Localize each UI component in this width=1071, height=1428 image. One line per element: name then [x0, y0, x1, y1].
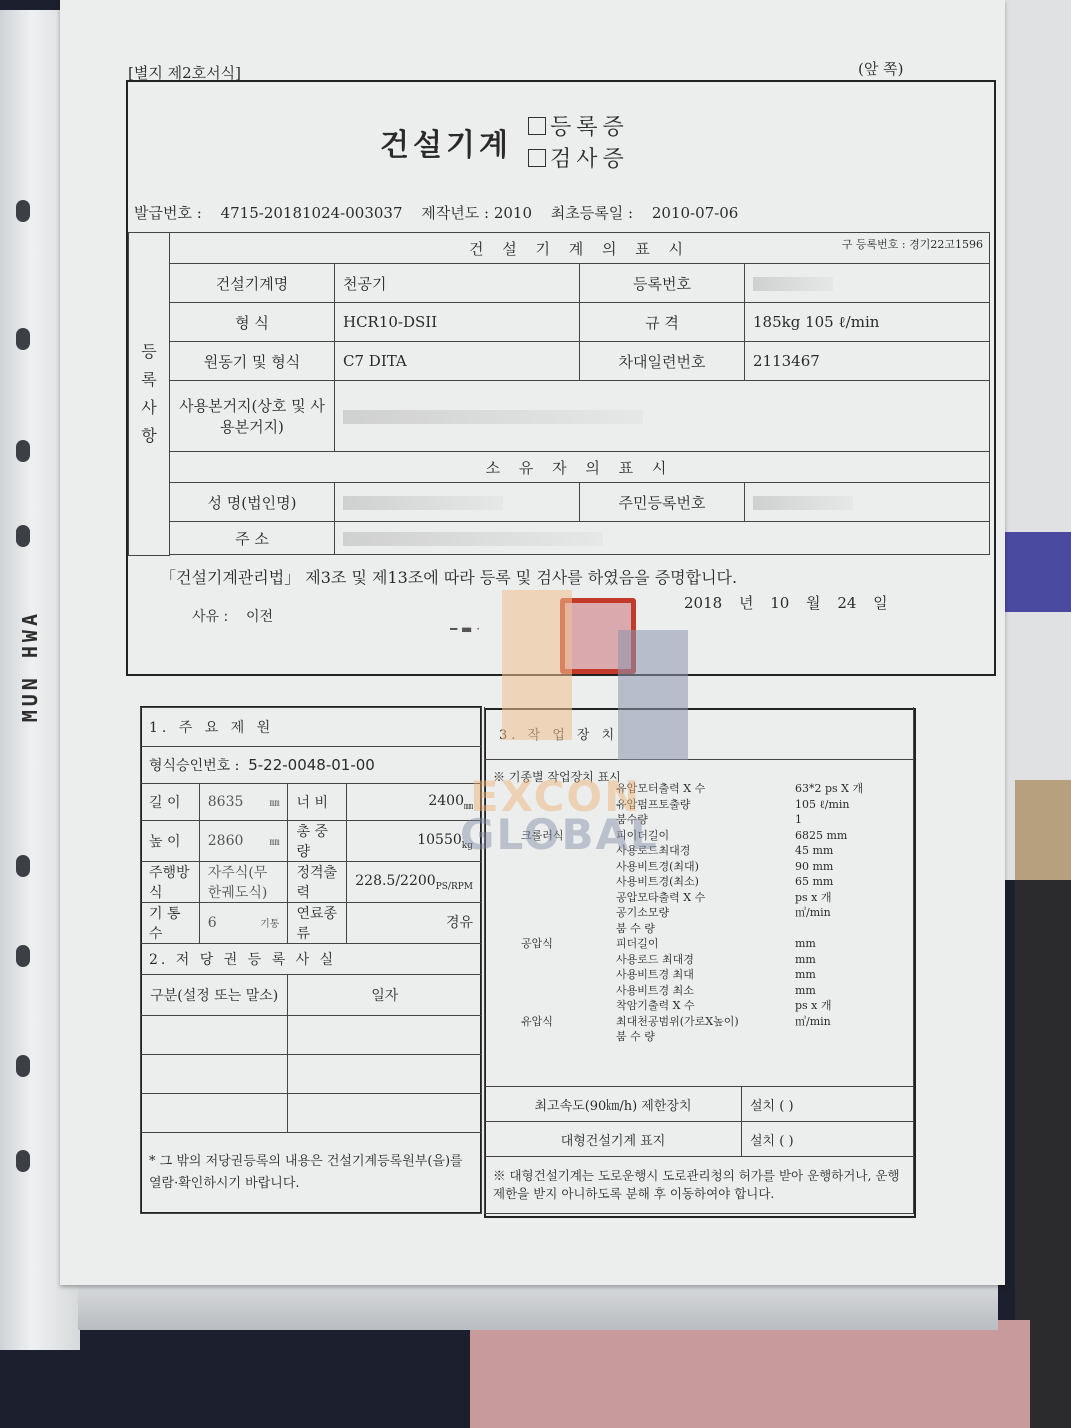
- mortgage-col-date: 일자: [288, 975, 482, 1016]
- label-engine: 원동기 및 형식: [170, 342, 335, 381]
- work-device-spec-line: 붐 수 량: [493, 921, 905, 937]
- binder-hole: [16, 200, 30, 222]
- label-resident-number: 주민등록번호: [580, 483, 745, 522]
- work-device-spec-line: 유압식최대천공범위(가로X높이)㎥/min: [493, 1014, 905, 1030]
- work-device-spec-line: 공압모타출력 X 수ps x 개: [493, 890, 905, 906]
- value-engine: C7 DITA: [335, 342, 580, 381]
- issue-info: 발급번호 : 4715-20181024-003037 제작년도 : 2010 …: [134, 202, 752, 223]
- value-address: [335, 522, 990, 555]
- label-chassis-serial: 차대일련번호: [580, 342, 745, 381]
- spec-value: 8635㎜: [199, 784, 288, 821]
- mortgage-title: 2. 저 당 권 등 록 사 실: [141, 944, 482, 975]
- spec-value: 6기통: [199, 903, 288, 944]
- spec-row: 길 이8635㎜너 비2400㎜: [141, 784, 482, 821]
- spec-value: 2860㎜: [199, 821, 288, 862]
- binder-hole: [16, 945, 30, 967]
- spec-value: 228.5/2200PS/RPM: [347, 862, 482, 903]
- first-registration-label: 최초등록일 :: [551, 204, 633, 222]
- certification-date: 2018 년 10 월 24 일: [684, 592, 888, 613]
- spec-row: 기 통 수6기통연료종류경유: [141, 903, 482, 944]
- registration-side-label: 등록사항: [129, 233, 170, 556]
- work-device-spec-line: 사용비트경 최대mm: [493, 967, 905, 983]
- registration-table: 등록사항 건 설 기 계 의 표 시구 등록번호 : 경기22고1596 건설기…: [128, 232, 990, 556]
- label-owner-name: 성 명(법인명): [170, 483, 335, 522]
- issuer-signature: ━ ▬ ·: [450, 622, 480, 636]
- mortgage-cell: [141, 1016, 288, 1055]
- background-right: [1005, 0, 1071, 880]
- value-spec: 185kg 105 ℓ/min: [745, 303, 990, 342]
- certificate-page: [별지 제2호서식] (앞 쪽) 건설기계 등록증 검사증 발급번호 : 471…: [60, 0, 1005, 1285]
- document-title: 건설기계: [380, 120, 512, 164]
- binder-hole: [16, 1055, 30, 1077]
- mortgage-cell: [141, 1055, 288, 1094]
- spec-row: 주행방식자주식(무한궤도식)정격출력228.5/2200PS/RPM: [141, 862, 482, 903]
- checkbox-icon: [528, 117, 546, 135]
- blue-folder: [1005, 532, 1071, 612]
- first-registration-date: 2010-07-06: [652, 204, 738, 222]
- label-address: 주 소: [170, 522, 335, 555]
- checkbox-registration[interactable]: 등록증: [528, 110, 629, 141]
- label-base-location: 사용본거지(상호 및 사용본거지): [170, 381, 335, 452]
- old-registration-number: 구 등록번호 : 경기22고1596: [842, 236, 983, 252]
- value-model: HCR10-DSII: [335, 303, 580, 342]
- spec-label: 너 비: [288, 784, 347, 821]
- spec-label: 총 중 량: [288, 821, 347, 862]
- mortgage-cell: [288, 1055, 482, 1094]
- label-registration-number: 등록번호: [580, 264, 745, 303]
- spec-label: 높 이: [141, 821, 200, 862]
- mortgage-cell: [141, 1094, 288, 1133]
- work-device-spec-line: 붐 수 량: [493, 1029, 905, 1045]
- specs-title: 1. 주 요 제 원: [141, 708, 482, 747]
- work-device-spec-line: 착암기출력 X 수ps x 개: [493, 998, 905, 1014]
- label-machine-name: 건설기계명: [170, 264, 335, 303]
- spec-label: 연료종류: [288, 903, 347, 944]
- spec-label: 정격출력: [288, 862, 347, 903]
- manufacture-year: 제작년도 : 2010: [421, 204, 532, 222]
- specs-table: 1. 주 요 제 원 형식승인번호 : 5-22-0048-01-00 길 이8…: [140, 707, 482, 1214]
- checkbox-icon: [528, 149, 546, 167]
- work-device-spec-line: 공압식피더길이mm: [493, 936, 905, 952]
- mortgage-cell: [288, 1094, 482, 1133]
- spec-label: 길 이: [141, 784, 200, 821]
- watermark-text-global: GLOBAL: [460, 810, 659, 859]
- binder-brand-label: MUN HWA: [18, 610, 42, 722]
- certification-statement: 「건설기계관리법」 제3조 및 제13조에 따라 등록 및 검사를 하였음을 증…: [160, 565, 737, 588]
- large-sign-label: 대형건설기계 표지: [485, 1122, 742, 1157]
- large-sign-value: 설치 ( ): [742, 1122, 914, 1157]
- binder-hole: [16, 440, 30, 462]
- checkbox-inspection[interactable]: 검사증: [528, 142, 629, 173]
- pink-folder: [470, 1320, 1030, 1428]
- spec-row: 높 이2860㎜총 중 량10550kg: [141, 821, 482, 862]
- issue-label: 발급번호 :: [134, 204, 202, 222]
- binder-hole: [16, 855, 30, 877]
- owner-section-title: 소 유 자 의 표 시: [170, 452, 990, 483]
- spec-label: 기 통 수: [141, 903, 200, 944]
- spec-value: 자주식(무한궤도식): [199, 862, 288, 903]
- reason-value: 이전: [246, 609, 273, 625]
- value-registration-number: [745, 264, 990, 303]
- value-machine-name: 천공기: [335, 264, 580, 303]
- mortgage-cell: [288, 1016, 482, 1055]
- binder-hole: [16, 328, 30, 350]
- label-model: 형 식: [170, 303, 335, 342]
- work-device-spec-line: 사용비트경(최대)90 mm: [493, 859, 905, 875]
- binder-hole: [16, 1150, 30, 1172]
- page-side: (앞 쪽): [858, 58, 903, 79]
- work-device-note: ※ 대형건설기계는 도로운행시 도로관리청의 허가를 받아 운행하거나, 운행제…: [485, 1157, 914, 1214]
- work-device-spec-line: 공기소모량㎥/min: [493, 905, 905, 921]
- desk-surface: [1015, 780, 1071, 880]
- issue-number: 4715-20181024-003037: [221, 204, 403, 222]
- approval-number: 형식승인번호 : 5-22-0048-01-00: [141, 747, 482, 784]
- mortgage-col-type: 구분(설정 또는 말소): [141, 975, 288, 1016]
- reason: 사유 : 이전: [192, 606, 273, 626]
- value-base-location: [335, 381, 990, 452]
- label-spec: 규 격: [580, 303, 745, 342]
- work-device-spec-line: 사용로드 최대경mm: [493, 952, 905, 968]
- spec-label: 주행방식: [141, 862, 200, 903]
- value-chassis-serial: 2113467: [745, 342, 990, 381]
- spec-value: 경유: [347, 903, 482, 944]
- mortgage-note: * 그 밖의 저당권등록의 내용은 건설기계등록원부(을)를 열람·확인하시기 …: [141, 1133, 482, 1214]
- value-resident-number: [745, 483, 990, 522]
- binder-hole: [16, 525, 30, 547]
- value-owner-name: [335, 483, 580, 522]
- machine-section-title: 건 설 기 계 의 표 시구 등록번호 : 경기22고1596: [170, 233, 990, 264]
- work-device-spec-line: 사용비트경(최소)65 mm: [493, 874, 905, 890]
- work-device-spec-line: 사용비트경 최소mm: [493, 983, 905, 999]
- speed-limiter-label: 최고속도(90㎞/h) 제한장치: [485, 1087, 742, 1122]
- watermark-logo: [502, 590, 688, 760]
- speed-limiter-value: 설치 ( ): [742, 1087, 914, 1122]
